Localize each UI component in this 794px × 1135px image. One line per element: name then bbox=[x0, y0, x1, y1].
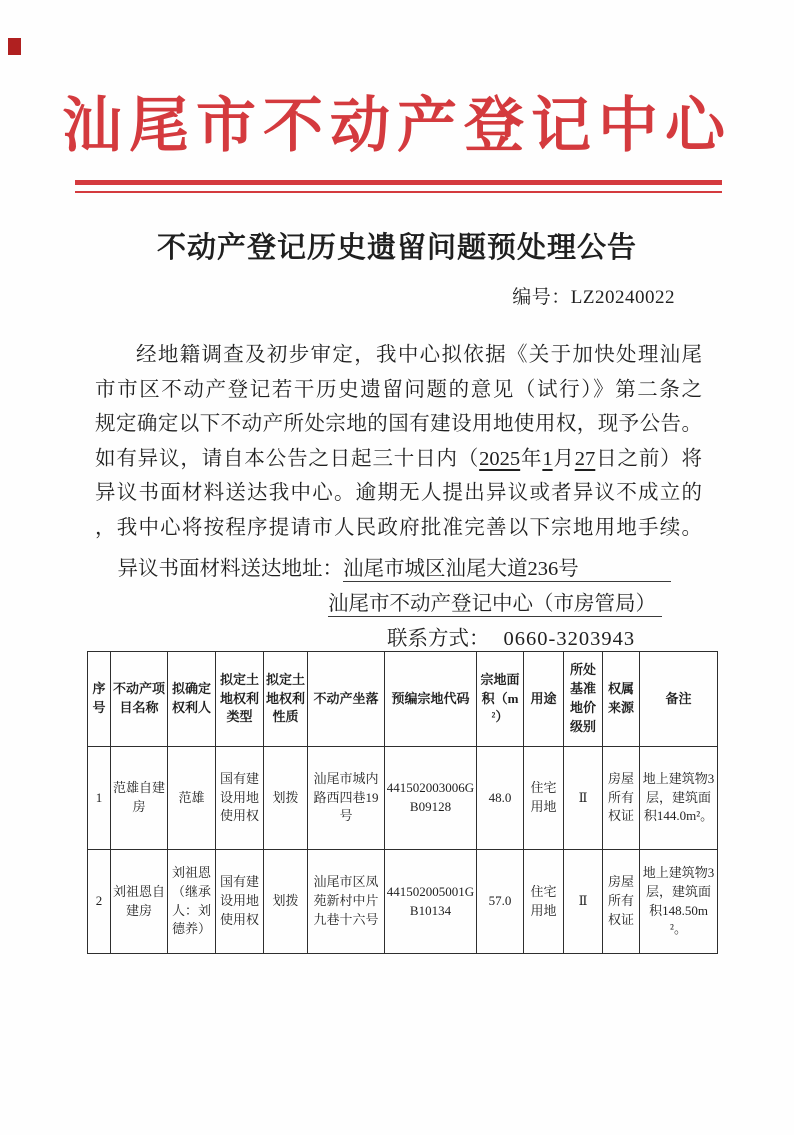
notice-document-page: 汕尾市不动产登记中心 不动产登记历史遗留问题预处理公告 编号：LZ2024002… bbox=[0, 0, 794, 1135]
table-cell: 1 bbox=[88, 747, 111, 850]
body-line-6: ，我中心将按程序提请市人民政府批准完善以下宗地用地手续。 bbox=[95, 511, 702, 546]
column-header-3: 拟定土地权利类型 bbox=[216, 652, 264, 747]
table-cell: 房屋所有权证 bbox=[603, 850, 640, 954]
table-cell: 地上建筑物3层，建筑面积144.0m²。 bbox=[640, 747, 718, 850]
document-number: 编号：LZ20240022 bbox=[512, 282, 675, 309]
table-head: 序号不动产项目名称拟确定权利人拟定土地权利类型拟定土地权利性质不动产坐落预编宗地… bbox=[88, 652, 718, 747]
table-cell: 住宅用地 bbox=[524, 850, 564, 954]
table-row-2: 2刘祖恩自建房刘祖恩（继承人：刘德养）国有建设用地使用权划拨汕尾市区凤苑新村中片… bbox=[88, 850, 718, 954]
deadline-prefix: 如有异议，请自本公告之日起三十日内（ bbox=[95, 448, 479, 470]
table-cell: 57.0 bbox=[477, 850, 524, 954]
delivery-address-line-1: 异议书面材料送达地址：汕尾市城区汕尾大道236号 bbox=[95, 552, 715, 587]
document-number-label: 编号： bbox=[512, 287, 571, 308]
deadline-year-unit: 年 bbox=[520, 448, 542, 470]
body-line-4: 如有异议，请自本公告之日起三十日内（2025年1月27日之前）将 bbox=[95, 442, 702, 477]
table-cell: 地上建筑物3层，建筑面积148.50m²。 bbox=[640, 850, 718, 954]
contact-label: 联系方式： bbox=[387, 628, 490, 650]
body-line-3: 规定确定以下不动产所处宗地的国有建设用地使用权，现予公告。 bbox=[95, 407, 702, 442]
deadline-day: 27 bbox=[575, 448, 596, 470]
table-cell: 441502003006GB09128 bbox=[385, 747, 477, 850]
column-header-11: 备注 bbox=[640, 652, 718, 747]
column-header-5: 不动产坐落 bbox=[308, 652, 385, 747]
column-header-6: 预编宗地代码 bbox=[385, 652, 477, 747]
table-cell: 441502005001GB10134 bbox=[385, 850, 477, 954]
notice-body: 经地籍调查及初步审定，我中心拟依据《关于加快处理汕尾 市市区不动产登记若干历史遗… bbox=[95, 338, 702, 546]
table-cell: 48.0 bbox=[477, 747, 524, 850]
column-header-4: 拟定土地权利性质 bbox=[264, 652, 308, 747]
table-cell: 范雄自建房 bbox=[111, 747, 168, 850]
column-header-9: 所处基准地价级别 bbox=[564, 652, 603, 747]
body-line-5: 异议书面材料送达我中心。逾期无人提出异议或者异议不成立的 bbox=[95, 476, 702, 511]
rule-thin bbox=[75, 191, 722, 193]
column-header-10: 权属来源 bbox=[603, 652, 640, 747]
table-cell: Ⅱ bbox=[564, 747, 603, 850]
table-cell: 国有建设用地使用权 bbox=[216, 850, 264, 954]
table-cell: 汕尾市城内路西四巷19号 bbox=[308, 747, 385, 850]
delivery-address-line-2: 汕尾市不动产登记中心（市房管局） bbox=[328, 587, 715, 622]
table-cell: 住宅用地 bbox=[524, 747, 564, 850]
notice-title: 不动产登记历史遗留问题预处理公告 bbox=[0, 225, 794, 266]
delivery-address-label: 异议书面材料送达地址： bbox=[118, 558, 344, 580]
column-header-0: 序号 bbox=[88, 652, 111, 747]
body-line-1: 经地籍调查及初步审定，我中心拟依据《关于加快处理汕尾 bbox=[95, 338, 702, 373]
table-cell: 刘祖恩（继承人：刘德养） bbox=[168, 850, 216, 954]
document-number-value: LZ20240022 bbox=[571, 287, 675, 308]
org-masthead-title: 汕尾市不动产登记中心 bbox=[0, 92, 794, 161]
table-cell: 范雄 bbox=[168, 747, 216, 850]
table-row-1: 1范雄自建房范雄国有建设用地使用权划拨汕尾市城内路西四巷19号441502003… bbox=[88, 747, 718, 850]
body-line-2: 市市区不动产登记若干历史遗留问题的意见（试行）》第二条之 bbox=[95, 373, 702, 408]
deadline-year: 2025 bbox=[479, 448, 520, 470]
delivery-info: 异议书面材料送达地址：汕尾市城区汕尾大道236号 汕尾市不动产登记中心（市房管局… bbox=[95, 552, 715, 657]
delivery-address-value-2: 汕尾市不动产登记中心（市房管局） bbox=[328, 593, 662, 617]
rule-thick bbox=[75, 180, 722, 185]
deadline-month: 1 bbox=[542, 448, 552, 470]
table-body: 1范雄自建房范雄国有建设用地使用权划拨汕尾市城内路西四巷19号441502003… bbox=[88, 747, 718, 954]
delivery-address-value-1: 汕尾市城区汕尾大道236号 bbox=[343, 558, 671, 582]
table-cell: 刘祖恩自建房 bbox=[111, 850, 168, 954]
table-header-row: 序号不动产项目名称拟确定权利人拟定土地权利类型拟定土地权利性质不动产坐落预编宗地… bbox=[88, 652, 718, 747]
parcel-table-wrapper: 序号不动产项目名称拟确定权利人拟定土地权利类型拟定土地权利性质不动产坐落预编宗地… bbox=[87, 651, 719, 954]
column-header-2: 拟确定权利人 bbox=[168, 652, 216, 747]
table-cell: Ⅱ bbox=[564, 850, 603, 954]
masthead-double-rule bbox=[75, 180, 722, 193]
deadline-month-unit: 月 bbox=[553, 448, 575, 470]
table-cell: 划拨 bbox=[264, 850, 308, 954]
table-cell: 房屋所有权证 bbox=[603, 747, 640, 850]
deadline-suffix: 日之前）将 bbox=[595, 448, 702, 470]
column-header-1: 不动产项目名称 bbox=[111, 652, 168, 747]
red-corner-mark bbox=[8, 38, 21, 55]
table-cell: 国有建设用地使用权 bbox=[216, 747, 264, 850]
contact-phone-value: 0660-3203943 bbox=[490, 628, 684, 652]
table-cell: 汕尾市区凤苑新村中片九巷十六号 bbox=[308, 850, 385, 954]
column-header-7: 宗地面积（m²） bbox=[477, 652, 524, 747]
table-cell: 划拨 bbox=[264, 747, 308, 850]
column-header-8: 用途 bbox=[524, 652, 564, 747]
table-cell: 2 bbox=[88, 850, 111, 954]
notice-table: 序号不动产项目名称拟确定权利人拟定土地权利类型拟定土地权利性质不动产坐落预编宗地… bbox=[87, 651, 718, 954]
